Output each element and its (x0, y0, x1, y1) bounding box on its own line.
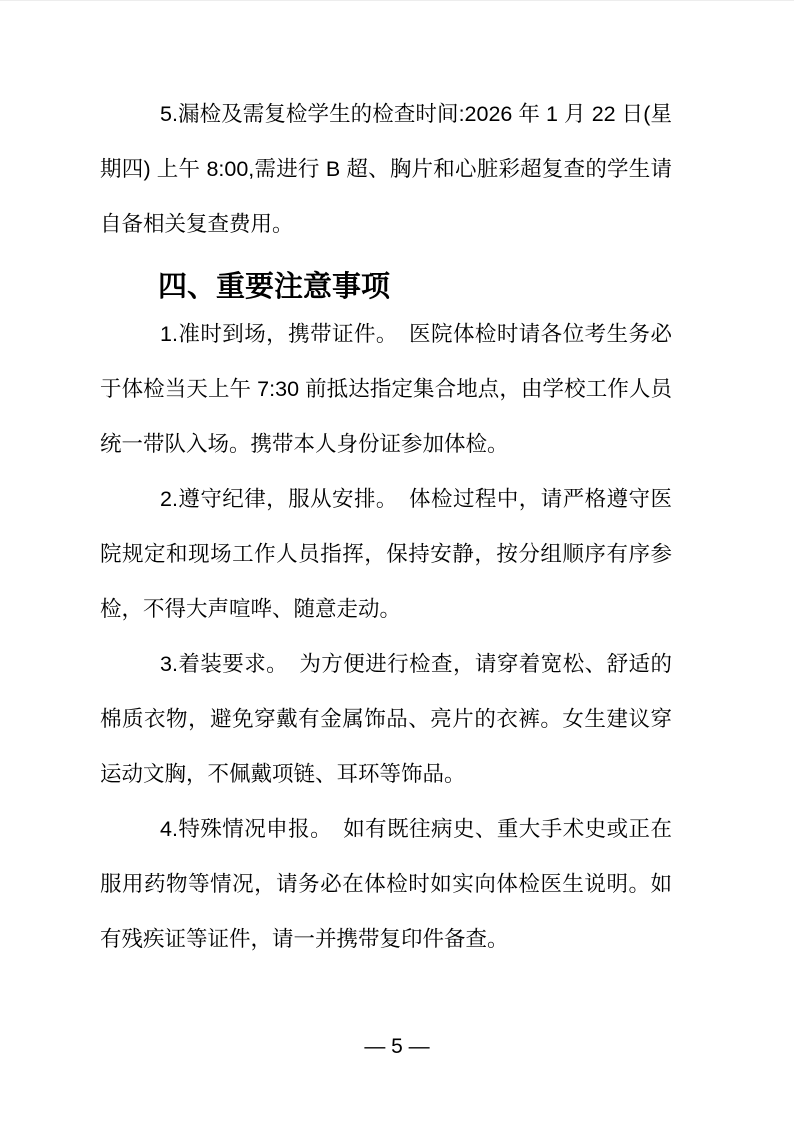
body-paragraph-arrive-on-time: 1.准时到场，携带证件。 医院体检时请各位考生务必于体检当天上午 7:30 前抵… (100, 307, 672, 472)
document-page: 5.漏检及需复检学生的检查时间:2026 年 1 月 22 日(星期四) 上午 … (0, 0, 794, 1122)
body-paragraph-discipline: 2.遵守纪律，服从安排。 体检过程中，请严格遵守医院规定和现场工作人员指挥，保持… (100, 472, 672, 637)
body-paragraph-special-conditions: 4.特殊情况申报。 如有既往病史、重大手术史或正在服用药物等情况，请务必在体检时… (100, 802, 672, 967)
body-paragraph-recheck-time: 5.漏检及需复检学生的检查时间:2026 年 1 月 22 日(星期四) 上午 … (100, 87, 672, 252)
page-number: — 5 — (0, 1035, 794, 1059)
document-body: 5.漏检及需复检学生的检查时间:2026 年 1 月 22 日(星期四) 上午 … (100, 87, 672, 967)
body-paragraph-dress-code: 3.着装要求。 为方便进行检查，请穿着宽松、舒适的棉质衣物，避免穿戴有金属饰品、… (100, 637, 672, 802)
section-heading-important-notes: 四、重要注意事项 (100, 260, 672, 315)
